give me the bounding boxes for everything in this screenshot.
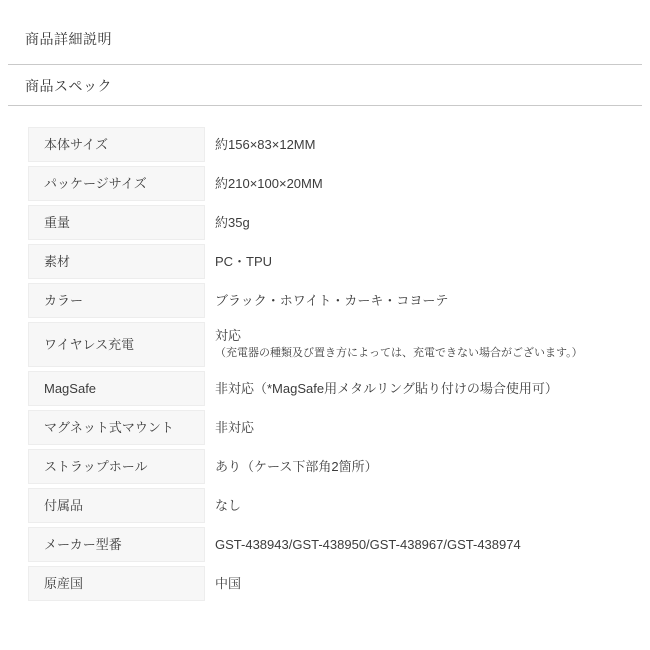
spec-value-main: GST-438943/GST-438950/GST-438967/GST-438… [215, 537, 636, 553]
spec-value-main: なし [215, 498, 636, 514]
spec-value-main: 対応 [215, 328, 636, 344]
spec-label: ワイヤレス充電 [28, 322, 205, 367]
spec-label: 素材 [28, 244, 205, 279]
spec-value-main: あり（ケース下部角2箇所） [215, 459, 636, 475]
spec-label: 本体サイズ [28, 127, 205, 162]
spec-value: 対応 （充電器の種類及び置き方によっては、充電できない場合がございます。） [205, 322, 640, 367]
spec-value: あり（ケース下部角2箇所） [205, 449, 640, 484]
product-spec-heading: 商品スペック [8, 65, 642, 105]
spec-value-main: 中国 [215, 576, 636, 592]
spec-row: マグネット式マウント 非対応 [28, 410, 640, 445]
spec-value: 約210×100×20MM [205, 166, 640, 201]
spec-value-main: 約156×83×12MM [215, 137, 636, 153]
spec-value-main: 非対応 [215, 420, 636, 436]
product-spec-heading-section: 商品スペック [8, 65, 642, 106]
spec-value: ブラック・ホワイト・カーキ・コヨーテ [205, 283, 640, 318]
spec-row: 本体サイズ 約156×83×12MM [28, 127, 640, 162]
product-detail-heading: 商品詳細説明 [8, 32, 642, 64]
spec-value-main: 約210×100×20MM [215, 176, 636, 192]
product-detail-heading-section: 商品詳細説明 [8, 32, 642, 65]
spec-value: 中国 [205, 566, 640, 601]
spec-row: ストラップホール あり（ケース下部角2箇所） [28, 449, 640, 484]
spec-value-main: ブラック・ホワイト・カーキ・コヨーテ [215, 293, 636, 309]
spec-row: 素材 PC・TPU [28, 244, 640, 279]
spec-value: 非対応（*MagSafe用メタルリング貼り付けの場合使用可） [205, 371, 640, 406]
spec-value: GST-438943/GST-438950/GST-438967/GST-438… [205, 527, 640, 562]
spec-label: 付属品 [28, 488, 205, 523]
spec-label: MagSafe [28, 371, 205, 406]
spec-value-note: （充電器の種類及び置き方によっては、充電できない場合がございます。） [215, 346, 636, 361]
spec-row: 原産国 中国 [28, 566, 640, 601]
spec-value-main: PC・TPU [215, 254, 636, 270]
spec-label: ストラップホール [28, 449, 205, 484]
spec-label: パッケージサイズ [28, 166, 205, 201]
spec-label: 原産国 [28, 566, 205, 601]
spec-row: メーカー型番 GST-438943/GST-438950/GST-438967/… [28, 527, 640, 562]
spec-value: 約156×83×12MM [205, 127, 640, 162]
spec-row: パッケージサイズ 約210×100×20MM [28, 166, 640, 201]
spec-row: 付属品 なし [28, 488, 640, 523]
spec-row: MagSafe 非対応（*MagSafe用メタルリング貼り付けの場合使用可） [28, 371, 640, 406]
spec-label: 重量 [28, 205, 205, 240]
spec-value: なし [205, 488, 640, 523]
spec-row: 重量 約35g [28, 205, 640, 240]
product-spec-page: 商品詳細説明 商品スペック 本体サイズ 約156×83×12MM パッケージサイ… [0, 0, 650, 601]
spec-value-main: 非対応（*MagSafe用メタルリング貼り付けの場合使用可） [215, 381, 636, 397]
spec-value: 非対応 [205, 410, 640, 445]
spec-value-main: 約35g [215, 215, 636, 231]
spec-label: メーカー型番 [28, 527, 205, 562]
spec-row: カラー ブラック・ホワイト・カーキ・コヨーテ [28, 283, 640, 318]
spec-value: 約35g [205, 205, 640, 240]
spec-table: 本体サイズ 約156×83×12MM パッケージサイズ 約210×100×20M… [28, 127, 640, 601]
spec-row: ワイヤレス充電 対応 （充電器の種類及び置き方によっては、充電できない場合がござ… [28, 322, 640, 367]
spec-label: カラー [28, 283, 205, 318]
spec-label: マグネット式マウント [28, 410, 205, 445]
spec-value: PC・TPU [205, 244, 640, 279]
